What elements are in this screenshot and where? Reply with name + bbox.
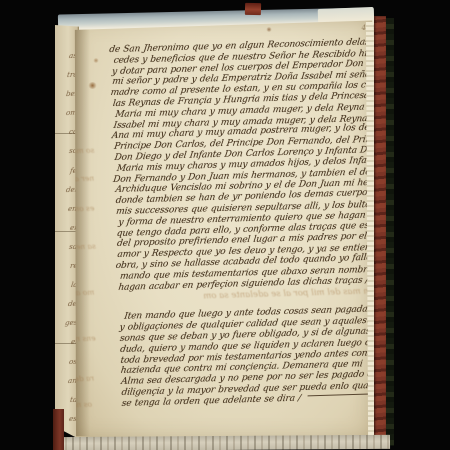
- ink-stain: [93, 58, 99, 63]
- paragraph-burial-clause: de San Jheronimo que yo en algun Reconos…: [111, 34, 376, 290]
- book-cover-bottom-left: [53, 409, 64, 450]
- paragraph-debts-clause: Iten mando que luego y ante todas cosas …: [119, 302, 380, 407]
- facing-page-text-fragments: as tro bel om co so fe del en er sa re l…: [57, 53, 77, 423]
- cover-inner-edge: [386, 18, 394, 446]
- showthrough-margin: so ma ner al es om sa nes mo as ens ra r…: [72, 138, 112, 428]
- ink-stain: [88, 82, 97, 89]
- ink-stain: [266, 27, 272, 32]
- page-edges-bottom: [58, 435, 390, 450]
- handwritten-text-block: de San Jheronimo que yo en algun Reconos…: [111, 34, 380, 406]
- manuscript-page: 4 so ma ner al es om sa nes mo as ens ra…: [70, 18, 374, 442]
- manuscript-photo: as tro bel om co so fe del en er sa re l…: [0, 0, 450, 450]
- ghost-fragment: ges: [64, 320, 77, 327]
- cover-headband: [245, 3, 261, 15]
- ghost-fragment: so ma: [72, 146, 95, 156]
- page-edge-speckle: [58, 435, 390, 450]
- book-cover-right: [374, 16, 386, 446]
